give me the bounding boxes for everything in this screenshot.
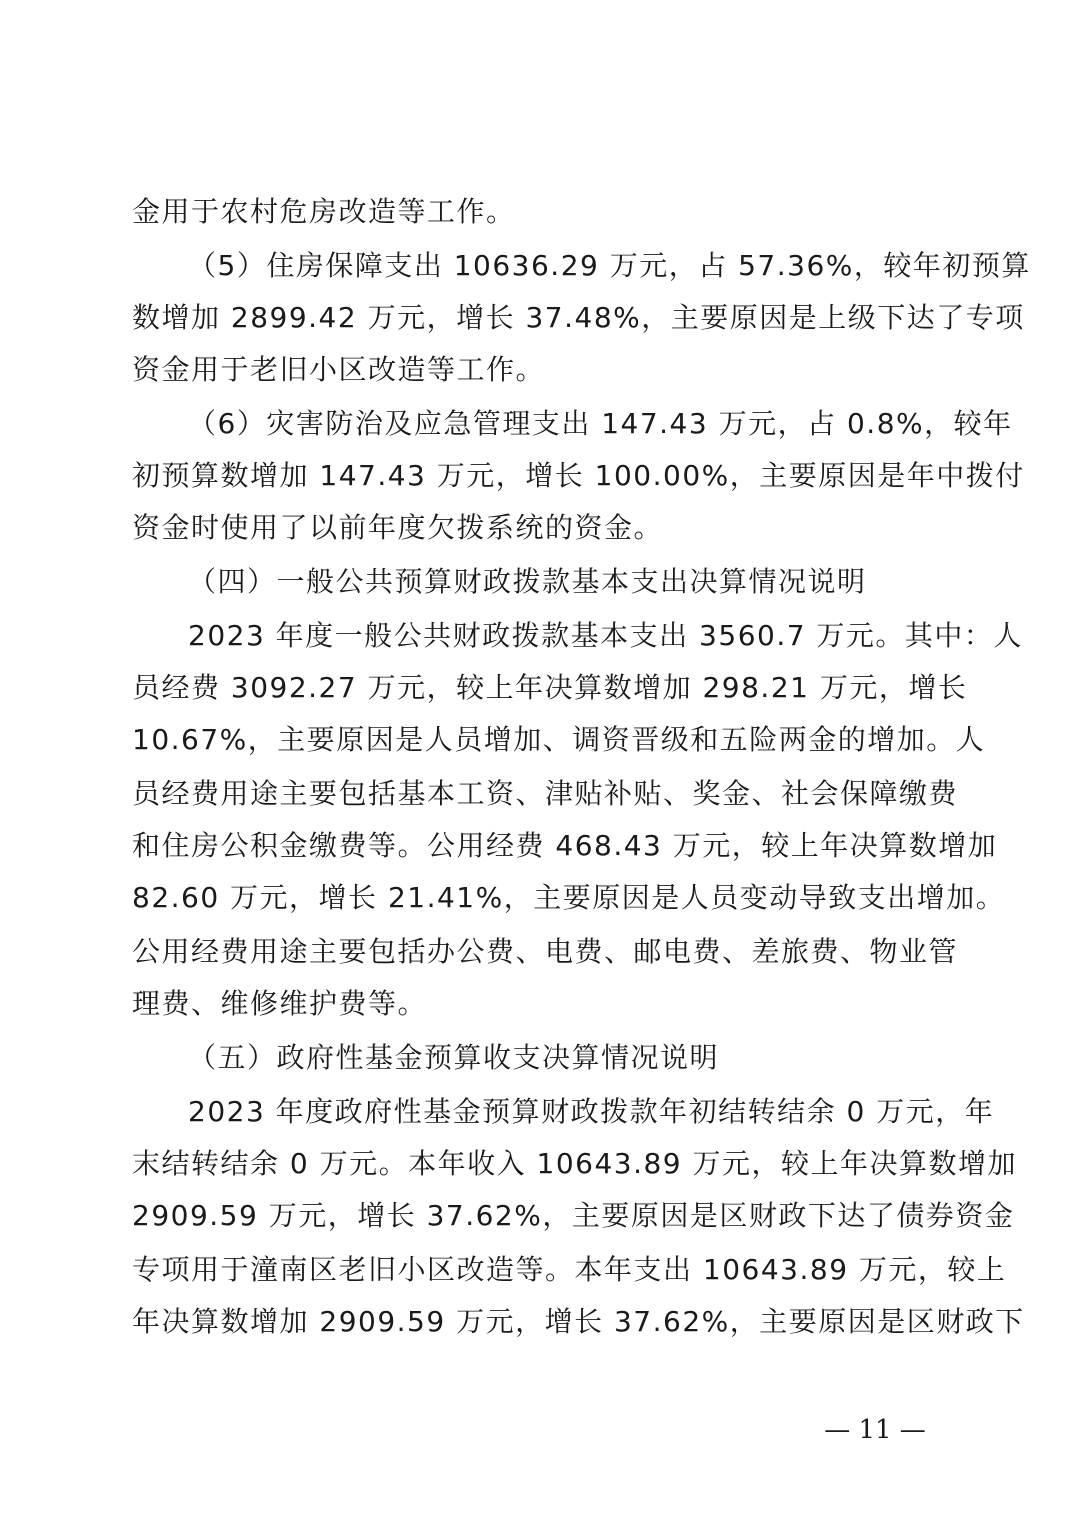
paragraph-line: （6）灾害防治及应急管理支出 147.43 万元，占 0.8%，较年 (188, 404, 944, 444)
paragraph-line: 初预算数增加 147.43 万元，增长 100.00%，主要原因是年中拨付 (132, 456, 944, 496)
paragraph-line: 金用于农村危房改造等工作。 (132, 192, 944, 232)
paragraph-line: （5）住房保障支出 10636.29 万元，占 57.36%，较年初预算 (188, 246, 944, 286)
paragraph-line: 和住房公积金缴费等。公用经费 468.43 万元，较上年决算数增加 (132, 826, 944, 866)
paragraph-line: 员经费 3092.27 万元，较上年决算数增加 298.21 万元，增长 (132, 668, 944, 708)
paragraph-line: 2023 年度政府性基金预算财政拨款年初结转结余 0 万元，年 (188, 1092, 944, 1132)
paragraph-line: 公用经费用途主要包括办公费、电费、邮电费、差旅费、物业管 (132, 932, 944, 972)
paragraph-line: 理费、维修维护费等。 (132, 984, 944, 1024)
paragraph-line: 2023 年度一般公共财政拨款基本支出 3560.7 万元。其中：人 (188, 616, 944, 656)
paragraph-line: 年决算数增加 2909.59 万元，增长 37.62%，主要原因是区财政下 (132, 1302, 944, 1342)
section-heading: （四）一般公共预算财政拨款基本支出决算情况说明 (188, 562, 944, 602)
paragraph-line: 82.60 万元，增长 21.41%，主要原因是人员变动导致支出增加。 (132, 878, 944, 918)
paragraph-line: 末结转结余 0 万元。本年收入 10643.89 万元，较上年决算数增加 (132, 1144, 944, 1184)
paragraph-line: 员经费用途主要包括基本工资、津贴补贴、奖金、社会保障缴费 (132, 774, 944, 814)
paragraph-line: 专项用于潼南区老旧小区改造等。本年支出 10643.89 万元，较上 (132, 1250, 944, 1290)
section-heading: （五）政府性基金预算收支决算情况说明 (188, 1038, 944, 1078)
paragraph-line: 数增加 2899.42 万元，增长 37.48%，主要原因是上级下达了专项 (132, 298, 944, 338)
paragraph-line: 10.67%，主要原因是人员增加、调资晋级和五险两金的增加。人 (132, 720, 944, 760)
page-number: — 11 — (820, 1410, 930, 1450)
paragraph-line: 资金用于老旧小区改造等工作。 (132, 350, 944, 390)
paragraph-line: 2909.59 万元，增长 37.62%，主要原因是区财政下达了债券资金 (132, 1196, 944, 1236)
paragraph-line: 资金时使用了以前年度欠拨系统的资金。 (132, 508, 944, 548)
document-page: 金用于农村危房改造等工作。（5）住房保障支出 10636.29 万元，占 57.… (0, 0, 1075, 1520)
